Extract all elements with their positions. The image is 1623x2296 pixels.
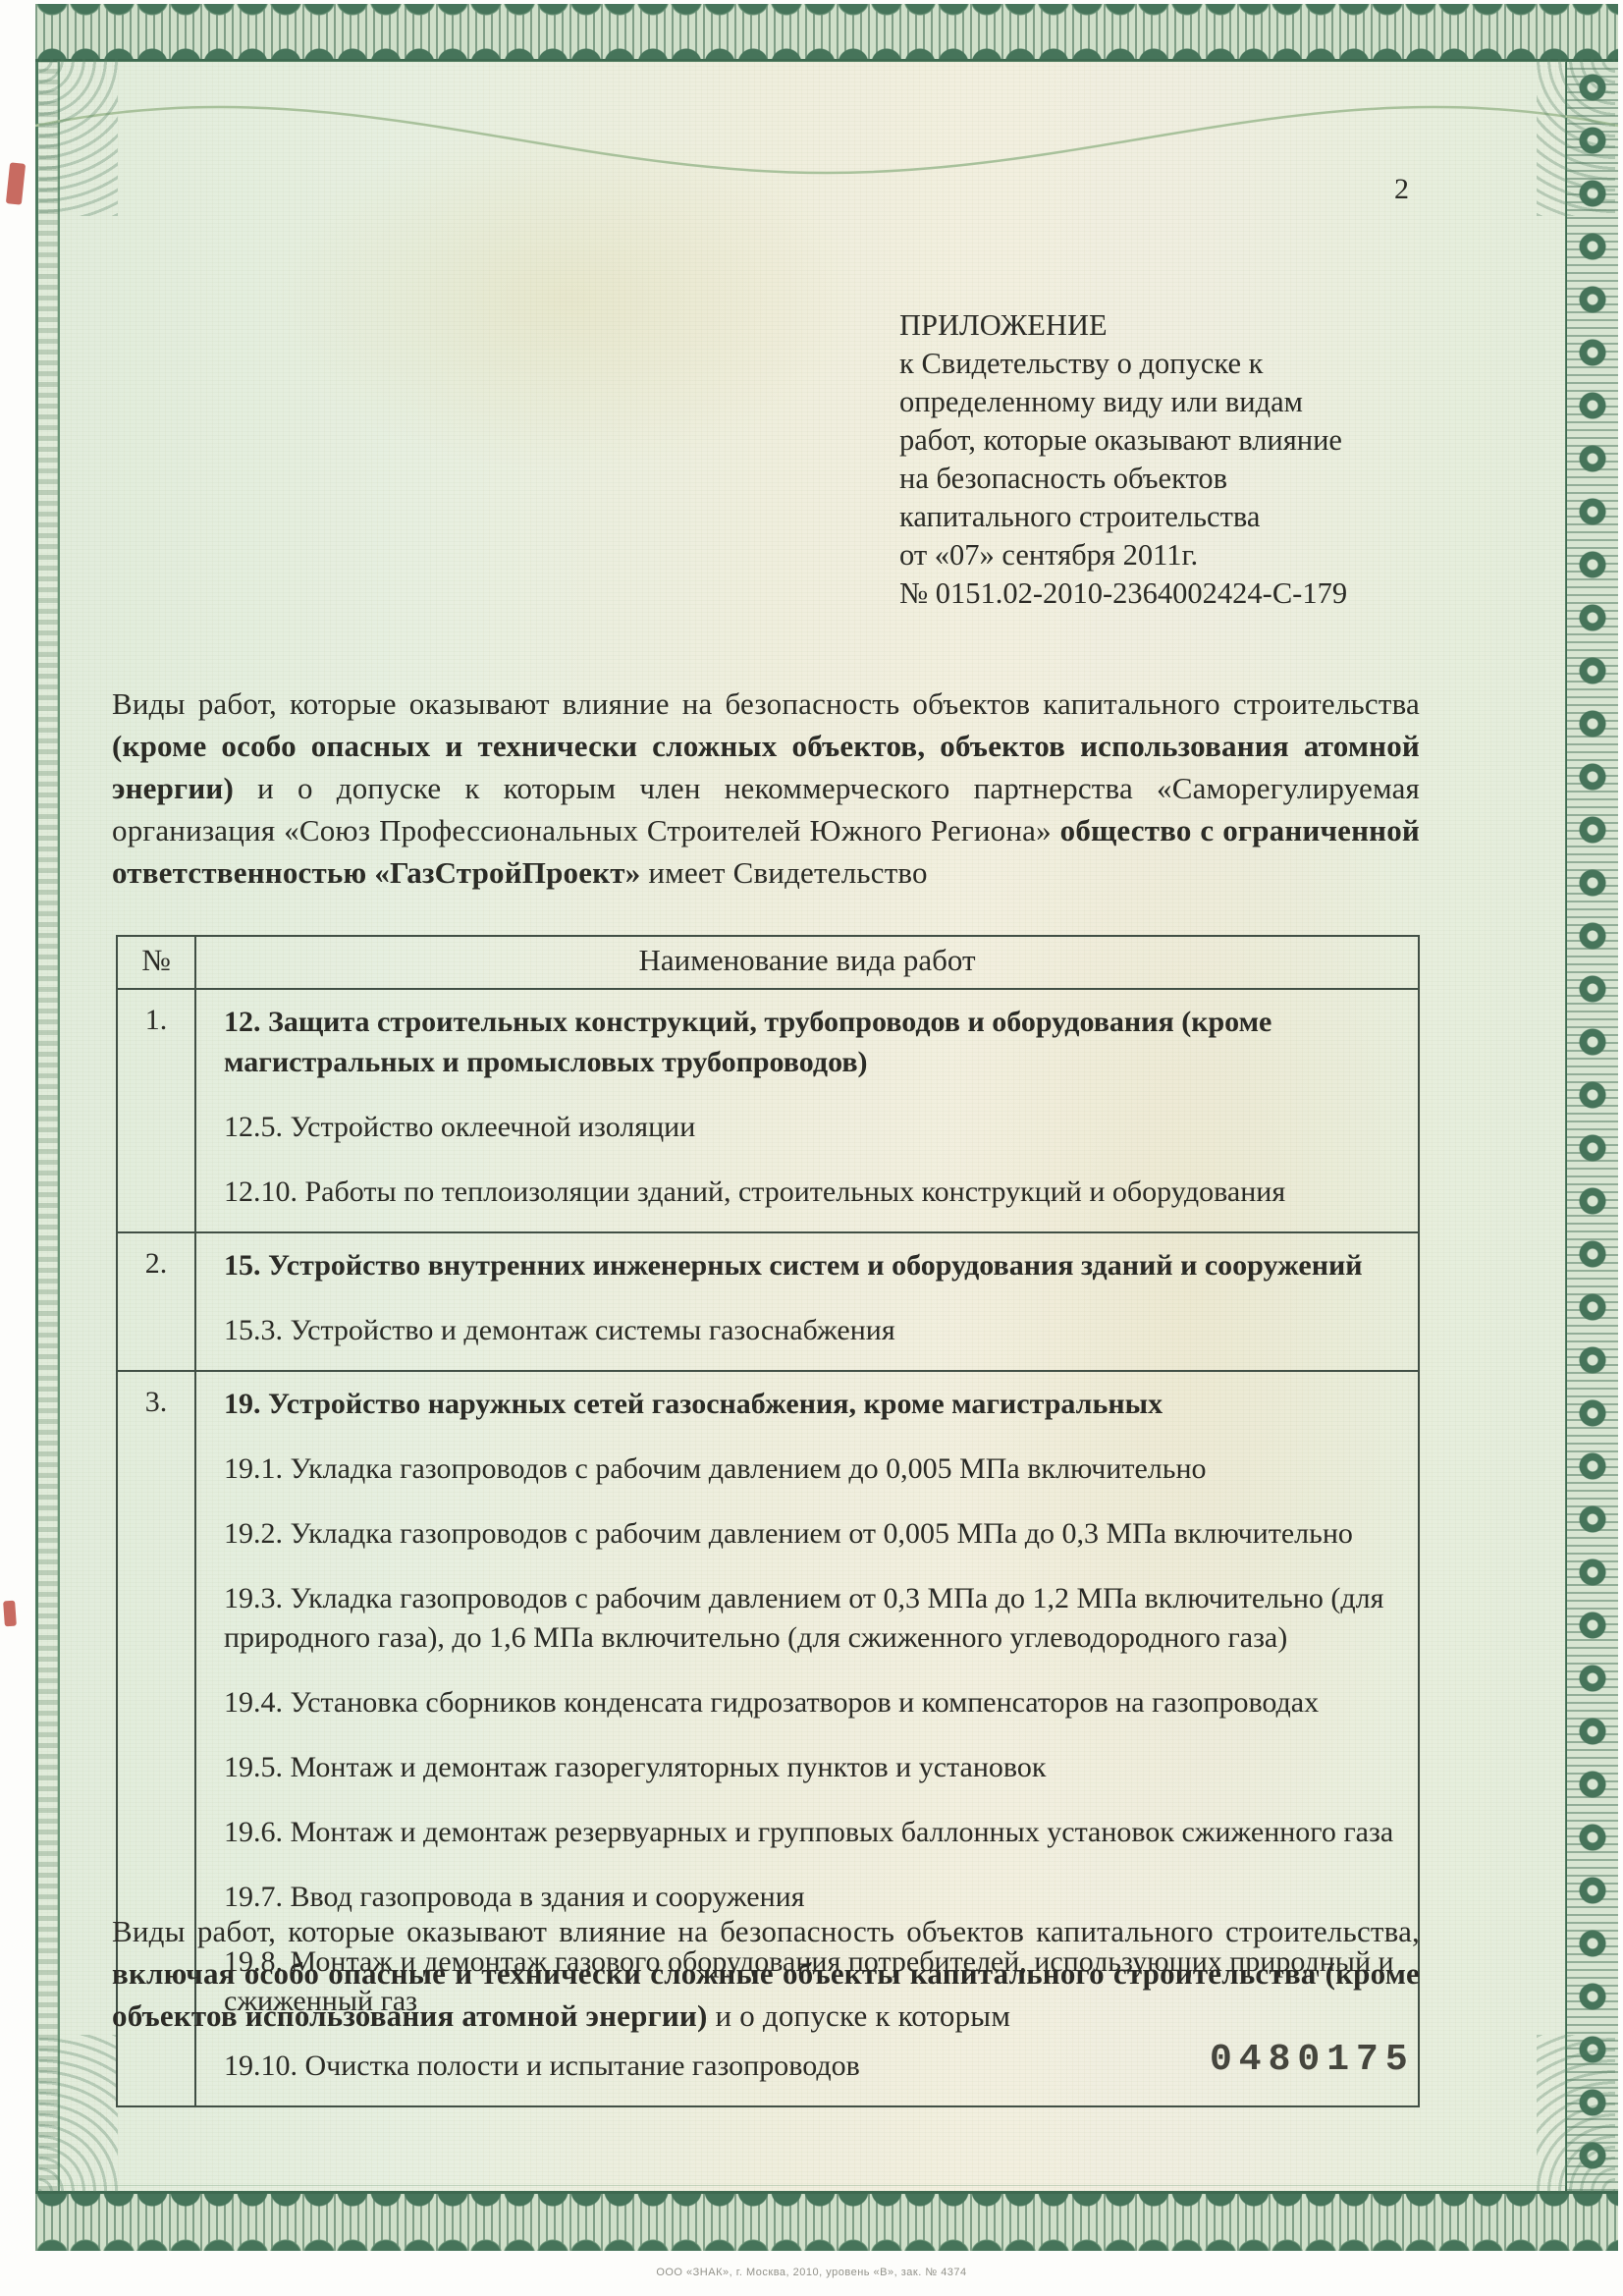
intro-paragraph: Виды работ, которые оказывают влияние на… (112, 683, 1420, 894)
appendix-line: капитального строительства (899, 498, 1441, 536)
appendix-title: ПРИЛОЖЕНИЕ (899, 306, 1441, 345)
intro-text: Виды работ, которые оказывают влияние на… (112, 686, 1420, 721)
intro-text: имеет Свидетельство (640, 855, 927, 890)
work-item: 19.3. Укладка газопроводов с рабочим дав… (224, 1579, 1396, 1658)
appendix-line: к Свидетельству о допуске к (899, 345, 1441, 383)
outro-paragraph: Виды работ, которые оказывают влияние на… (112, 1910, 1420, 2037)
outro-text: и о допуске к которым (708, 1998, 1011, 2033)
work-item: 19.4. Установка сборников конденсата гид… (224, 1683, 1396, 1722)
appendix-line: определенному виду или видам (899, 383, 1441, 421)
work-group-title: 19. Устройство наружных сетей газоснабже… (224, 1384, 1396, 1424)
work-item: 19.6. Монтаж и демонтаж резервуарных и г… (224, 1813, 1396, 1852)
work-item: 19.5. Монтаж и демонтаж газорегуляторных… (224, 1748, 1396, 1787)
work-group-title: 12. Защита строительных конструкций, тру… (224, 1002, 1396, 1082)
form-serial-number: 0480175 (1210, 2039, 1415, 2081)
outro-text: Виды работ, которые оказывают влияние на… (112, 1914, 1420, 1948)
table-row: 1. 12. Защита строительных конструкций, … (118, 990, 1418, 1233)
appendix-line: на безопасность объектов (899, 460, 1441, 498)
appendix-line: от «07» сентября 2011г. (899, 536, 1441, 574)
work-group-title: 15. Устройство внутренних инженерных сис… (224, 1245, 1396, 1285)
work-item: 19.2. Укладка газопроводов с рабочим дав… (224, 1514, 1396, 1554)
appendix-line: работ, которые оказывают влияние (899, 421, 1441, 460)
work-item: 15.3. Устройство и демонтаж системы газо… (224, 1311, 1396, 1350)
table-header-row: № Наименование вида работ (118, 937, 1418, 990)
table-header-name: Наименование вида работ (196, 937, 1418, 988)
appendix-header: ПРИЛОЖЕНИЕ к Свидетельству о допуске к о… (899, 306, 1441, 613)
appendix-line: № 0151.02-2010-2364002424-С-179 (899, 574, 1441, 613)
table-header-no: № (118, 937, 196, 988)
table-row: 2. 15. Устройство внутренних инженерных … (118, 1233, 1418, 1372)
work-item: 12.5. Устройство оклеечной изоляции (224, 1108, 1396, 1147)
work-item: 19.1. Укладка газопроводов с рабочим дав… (224, 1449, 1396, 1489)
certificate-appendix-page: 2 ПРИЛОЖЕНИЕ к Свидетельству о допуске к… (0, 0, 1623, 2296)
page-number: 2 (1394, 173, 1409, 206)
row-number: 1. (118, 990, 196, 1231)
printer-imprint: ООО «ЗНАК», г. Москва, 2010, уровень «В»… (0, 2267, 1623, 2278)
row-number: 2. (118, 1233, 196, 1370)
work-item: 12.10. Работы по теплоизоляции зданий, с… (224, 1173, 1396, 1212)
